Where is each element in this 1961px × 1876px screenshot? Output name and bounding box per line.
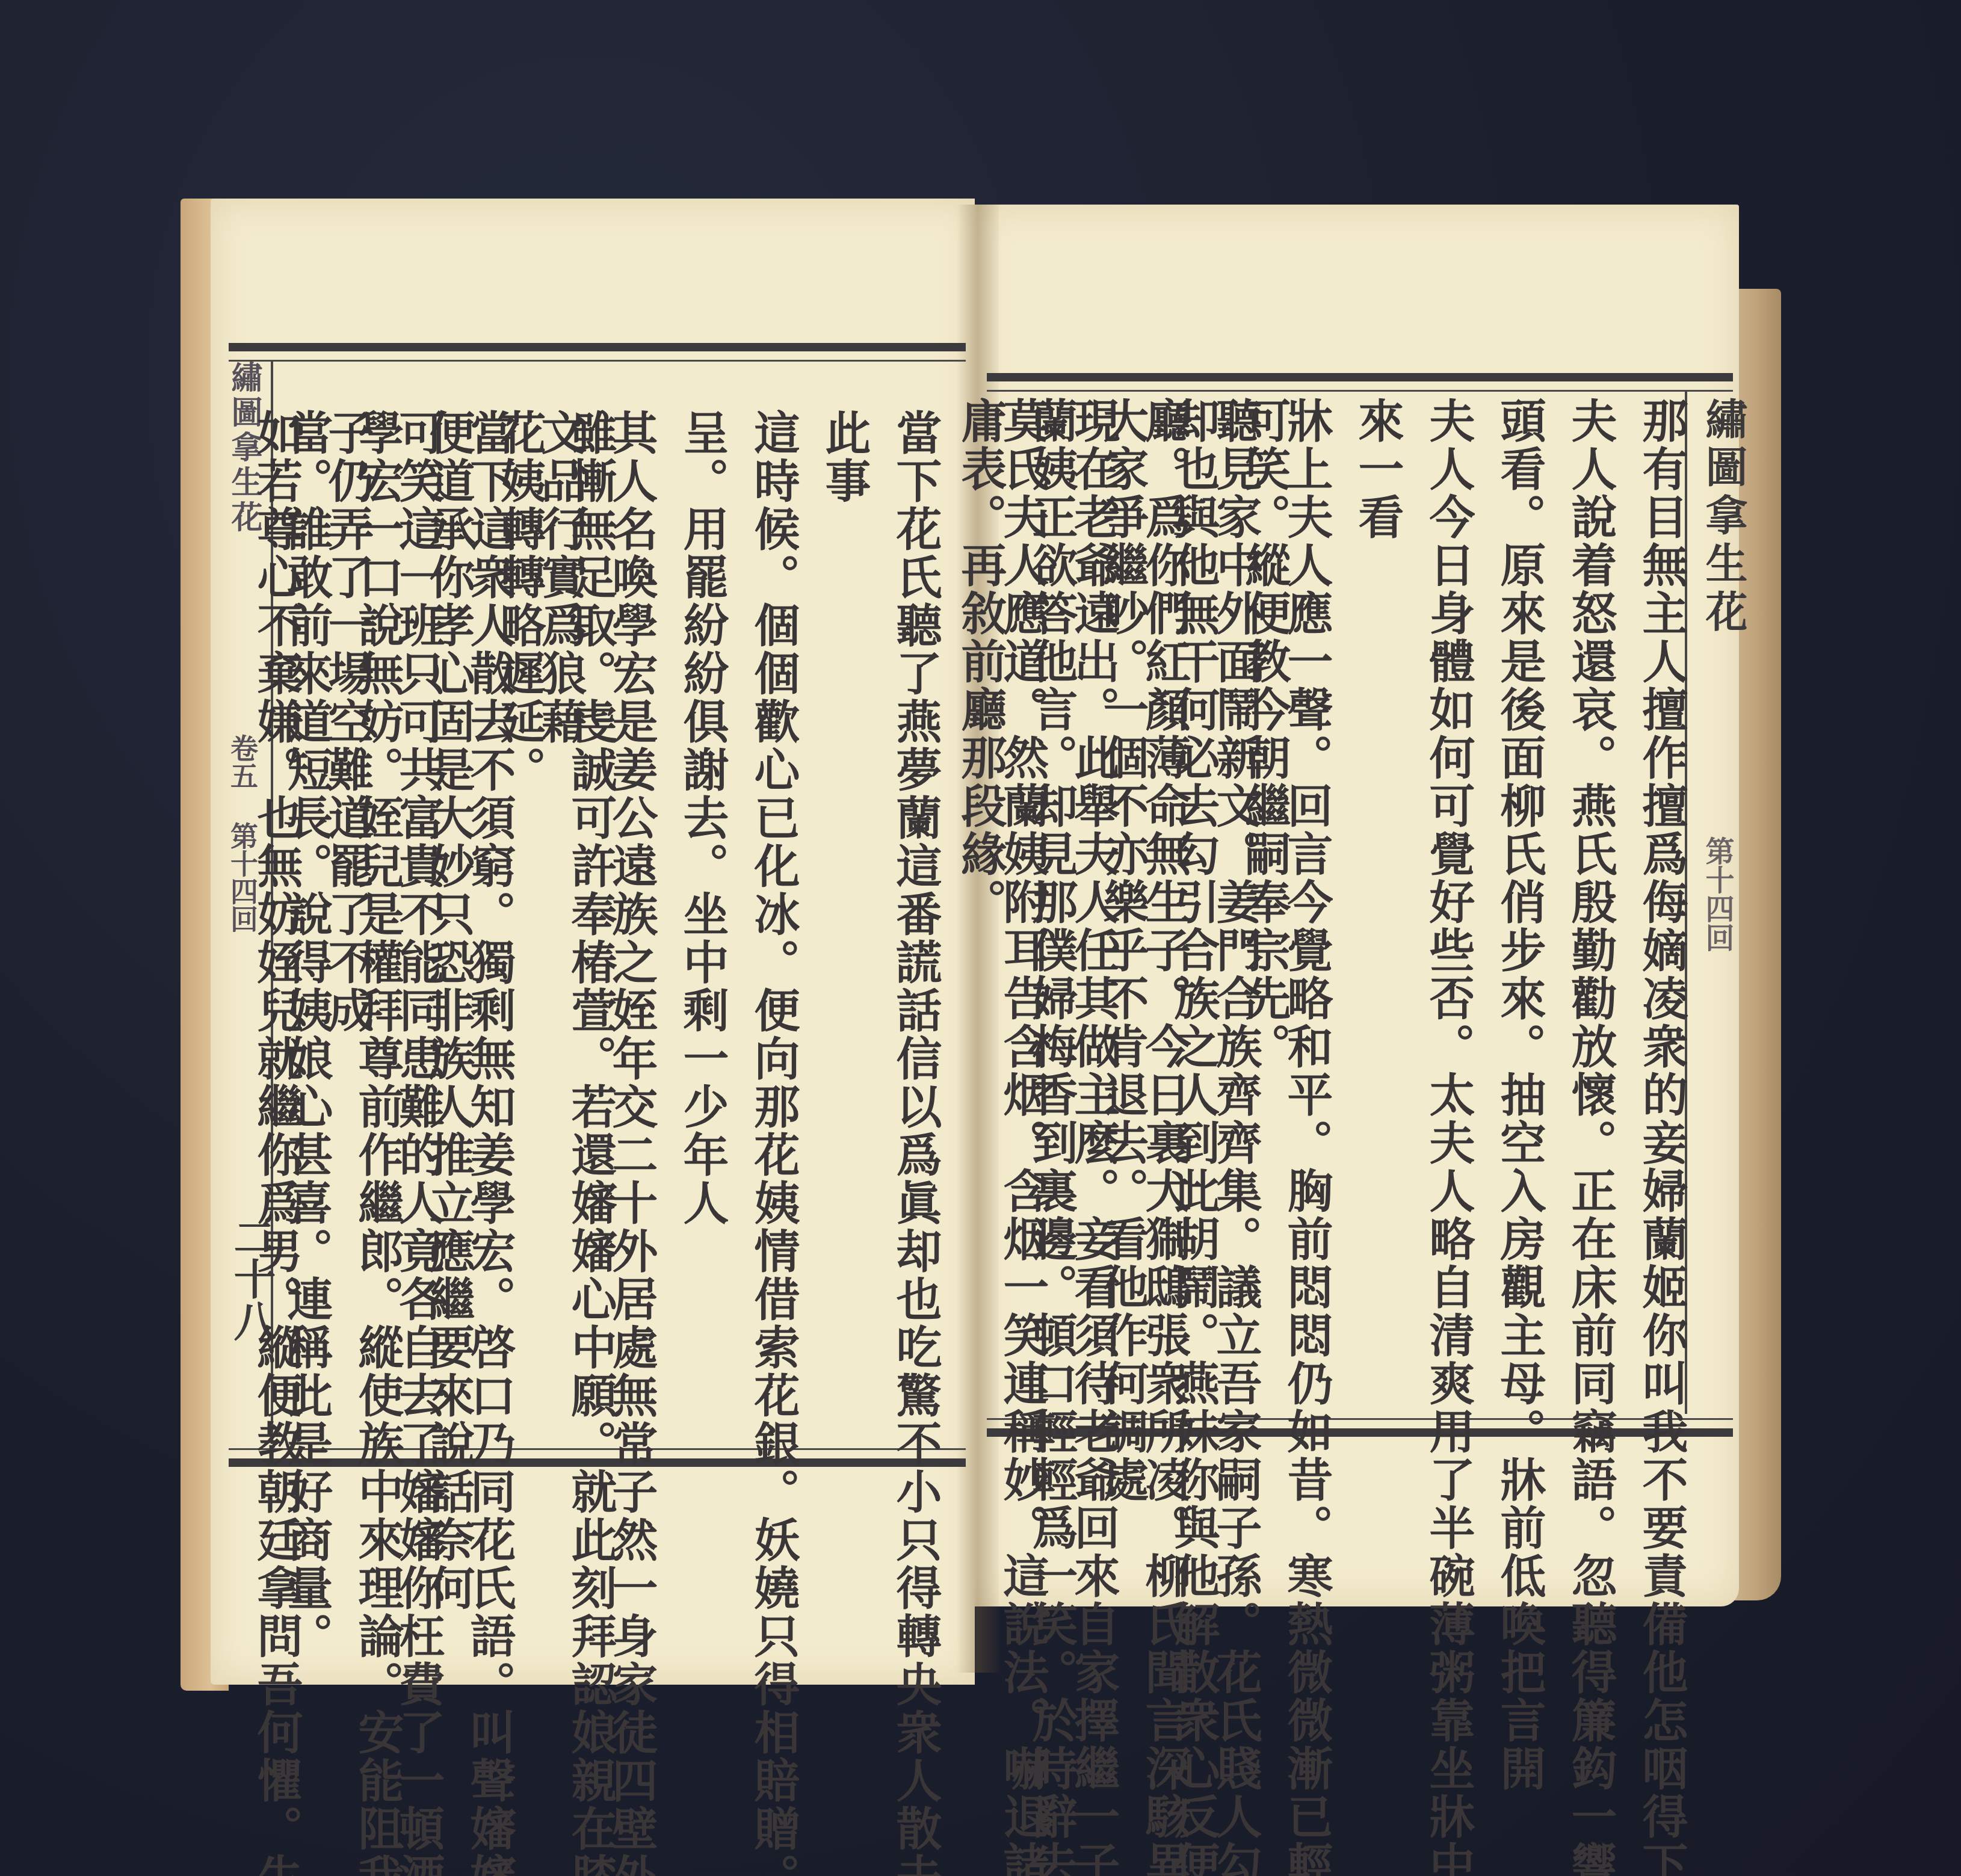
text-column: 却也與他無干何必去勾引合族之人到此胡鬧。燕妹你與他解散衆心反便宜他了。不然 <box>1158 397 1229 1396</box>
left-page-text-continued: 雖慚無足取。虔誠可許奉椿萱。若還嬸嬸心中願。就此刻拜認娘親在膝前。盲乞含歡連笑問… <box>265 409 626 1432</box>
text-column: 大家爭繼吵。一個不亦樂乎不肯退去。看他作何調處 <box>1087 397 1158 1396</box>
text-column: 庸表。再敘前廳那段緣。 <box>945 397 1016 1396</box>
text-column: 呈。用罷紛紛俱謝去。坐中剩一少年人 <box>667 409 738 1432</box>
text-column: 頭看。原來是後面柳氏俏步來。抽空入房觀主母。牀前低喚把言開 <box>1484 397 1555 1396</box>
text-column: 當。誰敢前來道短長。說得姨娘心甚喜。連稱此是好商量。 <box>271 409 342 1432</box>
text-column: 學宏一口說無妨。姪兒是權拜尊前作繼郎。縱使族中來理論。安能阻我歸乾娘。眞勝算是相 <box>342 409 413 1432</box>
text-column: 當下花氏聽了燕夢蘭這番謊話信以爲眞却也吃驚不小只得轉央衆人散去改日緩商 <box>880 409 951 1432</box>
book-title-right: 繡圖拿生花 <box>1693 397 1754 638</box>
text-column: 雖慚無足取。虔誠可許奉椿萱。若還嬸嬸心中願。就此刻拜認娘親在膝前。盲乞含歡連笑問 <box>555 409 626 1432</box>
text-column: 便道承你孝心固是大妙只恐非族人推立應繼要來說話奈何 <box>413 409 484 1432</box>
text-column: 夫人說着怒還哀。燕氏殷勤勸放懷。正在床前同竊語。忽聽得簾鈎一響各驚猜。蘭姨頓口回 <box>1555 397 1626 1396</box>
text-column: 可笑。縱便教今朝繼嗣奉宗先。 <box>1229 397 1300 1396</box>
text-column: 此事 <box>809 409 880 1432</box>
right-page-text-continued: 可笑。縱便教今朝繼嗣奉宗先。 却也與他無干何必去勾引合族之人到此胡鬧。燕妹你與他… <box>987 397 1300 1396</box>
text-column: 蘭姨正欲答他言。却見那僕婦梅香到裏邊。頓口輕輕爲一笑。於時辭去柳含烟。自歸後進無 <box>1016 397 1087 1396</box>
text-column: 來一看 <box>1342 397 1413 1396</box>
text-column: 這時候。個個歡心已化冰。便向那花姨情借索花銀。妖嬈只得相賠贈。治辦了幾桌家常酒飯 <box>738 409 809 1432</box>
text-column: 夫人今日身體如何可覺好些否。太夫人略自清爽用了半碗薄粥靠坐牀中妾乃乘空到 <box>1413 397 1484 1396</box>
text-column: 那有目無主人擅作擅爲侮嫡凌衆的妾婦蘭姬你叫我不要責備他怎咽得下這口氣來 <box>1626 397 1697 1396</box>
text-column: 花姨轉轉略遲延。 <box>484 409 555 1432</box>
chapter-label-right: 第十四回 <box>1697 836 1738 952</box>
